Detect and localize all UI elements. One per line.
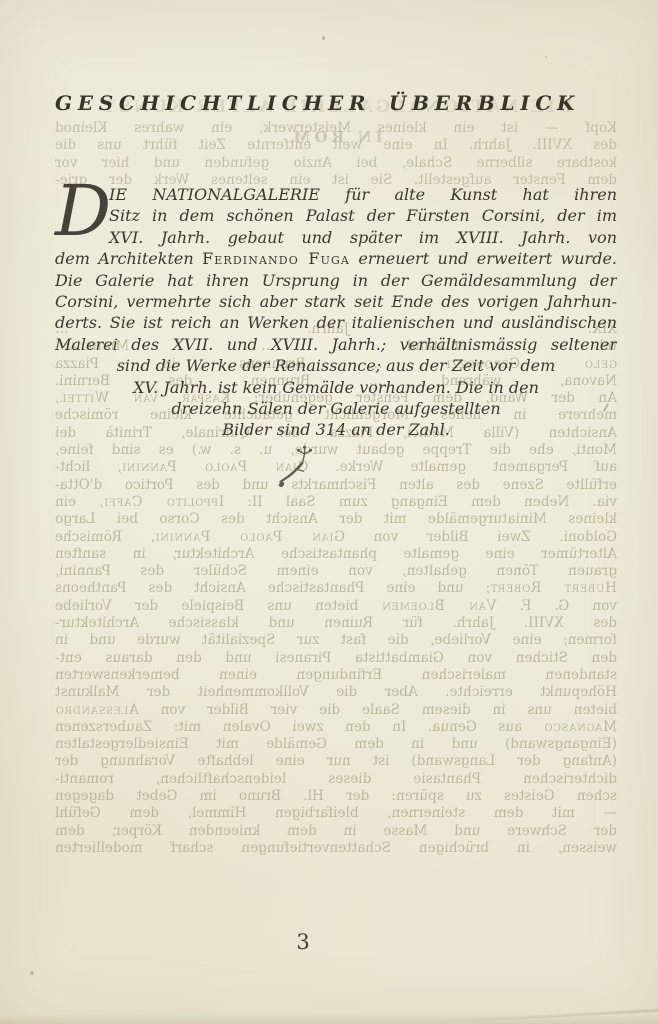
bleedthrough-line: des XVIII. Jahrh. In eine weit entfernte… (55, 137, 617, 154)
bleedthrough-line: Magnasco aus Genua. In den zwei Ovalen m… (55, 719, 617, 736)
bleedthrough-line: Altertümer eine gemalte phantastische Ar… (55, 546, 617, 563)
bleedthrough-line: formen; eine Vorliebe, die fast zur Spez… (55, 632, 617, 649)
bleedthrough-line: — mit dem steinernen, bleifarbigen Himme… (55, 805, 617, 822)
bleedthrough-line: Kopf — ist ein kleines Meisterwerk, ein … (55, 120, 617, 137)
bleedthrough-line: Höhepunkt erreichte. Aber die Vollkommen… (55, 684, 617, 701)
paper-speck (322, 36, 325, 40)
bleedthrough-line: dichterischen Phantasie dieses leidensch… (55, 771, 617, 788)
paragraph-line: dem Architekten Ferdinando Fuga erneuert… (55, 248, 617, 269)
bleedthrough-line: von G. F. Van Bloemen bieten uns Beispie… (55, 598, 617, 615)
bleedthrough-line: Hubert Robert; und eine Phantastische An… (55, 580, 617, 597)
bleedthrough-line: (Anfang der Langswand) ist nur eine lebh… (55, 753, 617, 770)
bleedthrough-text-top: Kopf — ist ein kleines Meisterwerk, ein … (55, 120, 617, 189)
bleedthrough-line: kostbare silberne Schale, bei Anzio gefu… (55, 155, 617, 172)
paragraph-line: XV. Jahrh. ist kein Gemälde vorhanden. D… (55, 377, 617, 398)
paragraph-line: Die Galerie hat ihren Ursprung in der Ge… (55, 270, 617, 291)
bleedthrough-line: schen Geistes zu spüren: der Hl. Bruno i… (55, 788, 617, 805)
bleedthrough-line: via. Neben dem Eingang zum Saal II: Ippo… (55, 494, 617, 511)
paragraph-line: Corsini, vermehrte sich aber stark seit … (55, 291, 617, 312)
paragraph-line: dreizehn Sälen der Galerie aufgestellten (55, 398, 617, 419)
page-number: 3 (288, 930, 318, 954)
bleedthrough-line: des XVIII. Jahrh. für Ruinen und klassis… (55, 615, 617, 632)
bleedthrough-line: erfüllte Szene des alten Fischmarkts und… (55, 477, 617, 494)
bleedthrough-line: kleines Miniaturgemälde mit der Ansicht … (55, 511, 617, 528)
paragraph-line: XVI. Jahrh. gebaut und später im XVIII. … (55, 227, 617, 248)
body-paragraph: IE NATIONALGALERIE für alte Kunst hat ih… (55, 184, 617, 441)
bottom-edge-vignette (0, 1014, 658, 1024)
paper-speck (30, 971, 34, 975)
bleedthrough-line: Goldoni. Zwei Bilder von Gian Paolo Pann… (55, 529, 617, 546)
paragraph-line: Sitz in dem schönen Palast der Fürsten C… (55, 205, 617, 226)
fleuron-ornament (277, 444, 315, 488)
bleedthrough-line: auf Pergament gemalte Werke. Gian Paolo … (55, 459, 617, 476)
bleedthrough-line: Monti, ehe die Treppe gebaut wurde, u. s… (55, 442, 617, 459)
bleedthrough-line: weissen, in brüchigen Schattenvertiefung… (55, 840, 617, 857)
paragraph-line: Bilder sind 314 an der Zahl. (55, 419, 617, 440)
book-page-scan: DIE NATIONALGALERIE ALTER KUNST IN ROM K… (0, 0, 658, 1024)
bleedthrough-line: (Eingangswand) und in dem Gemälde mit Ei… (55, 736, 617, 753)
paragraph-line: sind die Werke der Renaissance; aus der … (55, 355, 617, 376)
paragraph-line: derts. Sie ist reich an Werken der itali… (55, 312, 617, 333)
bleedthrough-line: bieten uns in diesem Saale die vier Bild… (55, 702, 617, 719)
paragraph-line: IE NATIONALGALERIE für alte Kunst hat ih… (55, 184, 617, 205)
bleedthrough-line: standenen malerischen Erfindungen einen … (55, 667, 617, 684)
bleedthrough-line: der Schwere und Masse in dem knieenden K… (55, 823, 617, 840)
paragraph-line: Malerei des XVII. und XVIII. Jahrh.; ver… (55, 334, 617, 355)
chapter-title: GESCHICHTLICHER ÜBERBLICK (55, 91, 617, 115)
paper-speck (545, 56, 547, 58)
bleedthrough-line: den Stichen von Giambattista Piranesi un… (55, 650, 617, 667)
bleedthrough-line: grauen Tönen gehalten, von einem Schüler… (55, 563, 617, 580)
